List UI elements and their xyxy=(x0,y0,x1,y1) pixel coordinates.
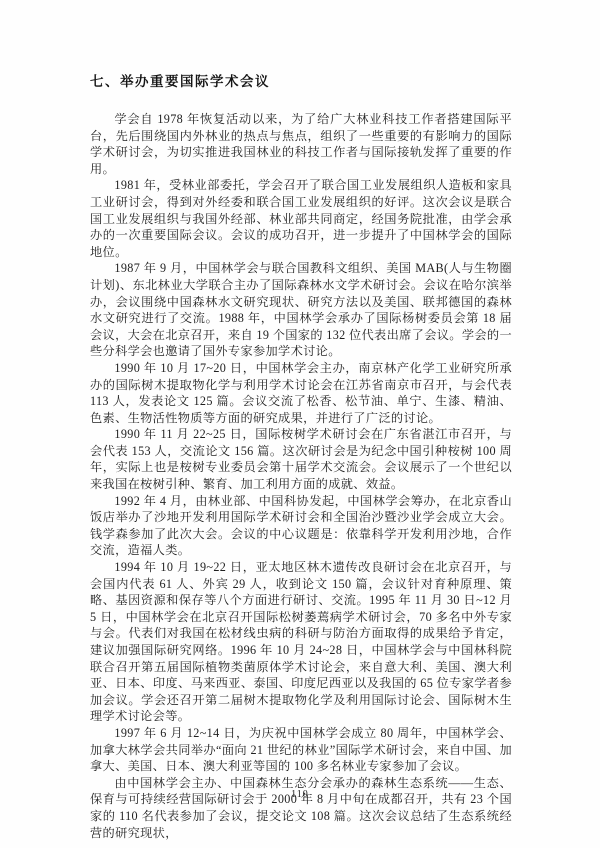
paragraph-1992: 1992 年 4 月，由林业部、中国科协发起，中国林学会筹办，在北京香山饭店举办… xyxy=(90,493,512,559)
body-text: 学会自 1978 年恢复活动以来，为了给广大林业科技工作者搭建国际平台，先后围绕… xyxy=(90,111,512,841)
document-page: 七、举办重要国际学术会议 学会自 1978 年恢复活动以来，为了给广大林业科技工… xyxy=(0,0,600,848)
page-number: 110 xyxy=(0,789,600,800)
paragraph-1997: 1997 年 6 月 12~14 日，为庆祝中国林学会成立 80 周年，中国林学… xyxy=(90,725,512,775)
paragraph-1990-oct: 1990 年 10 月 17~20 日，中国林学会主办，南京林产化学工业研究所承… xyxy=(90,360,512,426)
paragraph-2000: 由中国林学会主办、中国森林生态分会承办的森林生态系统——生态、保育与可持续经营国… xyxy=(90,775,512,841)
section-heading: 七、举办重要国际学术会议 xyxy=(90,70,512,90)
paragraph-intro: 学会自 1978 年恢复活动以来，为了给广大林业科技工作者搭建国际平台，先后围绕… xyxy=(90,111,512,177)
paragraph-1990-nov: 1990 年 11 月 22~25 日，国际桉树学术研讨会在广东省湛江市召开，与… xyxy=(90,426,512,492)
paragraph-1987-1988: 1987 年 9 月，中国林学会与联合国教科文组织、美国 MAB(人与生物圈计划… xyxy=(90,260,512,360)
paragraph-1994-1996: 1994 年 10 月 19~22 日，亚太地区林木遗传改良研讨会在北京召开，与… xyxy=(90,559,512,725)
paragraph-1981: 1981 年，受林业部委托，学会召开了联合国工业发展组织人造板和家具工业研讨会，… xyxy=(90,177,512,260)
